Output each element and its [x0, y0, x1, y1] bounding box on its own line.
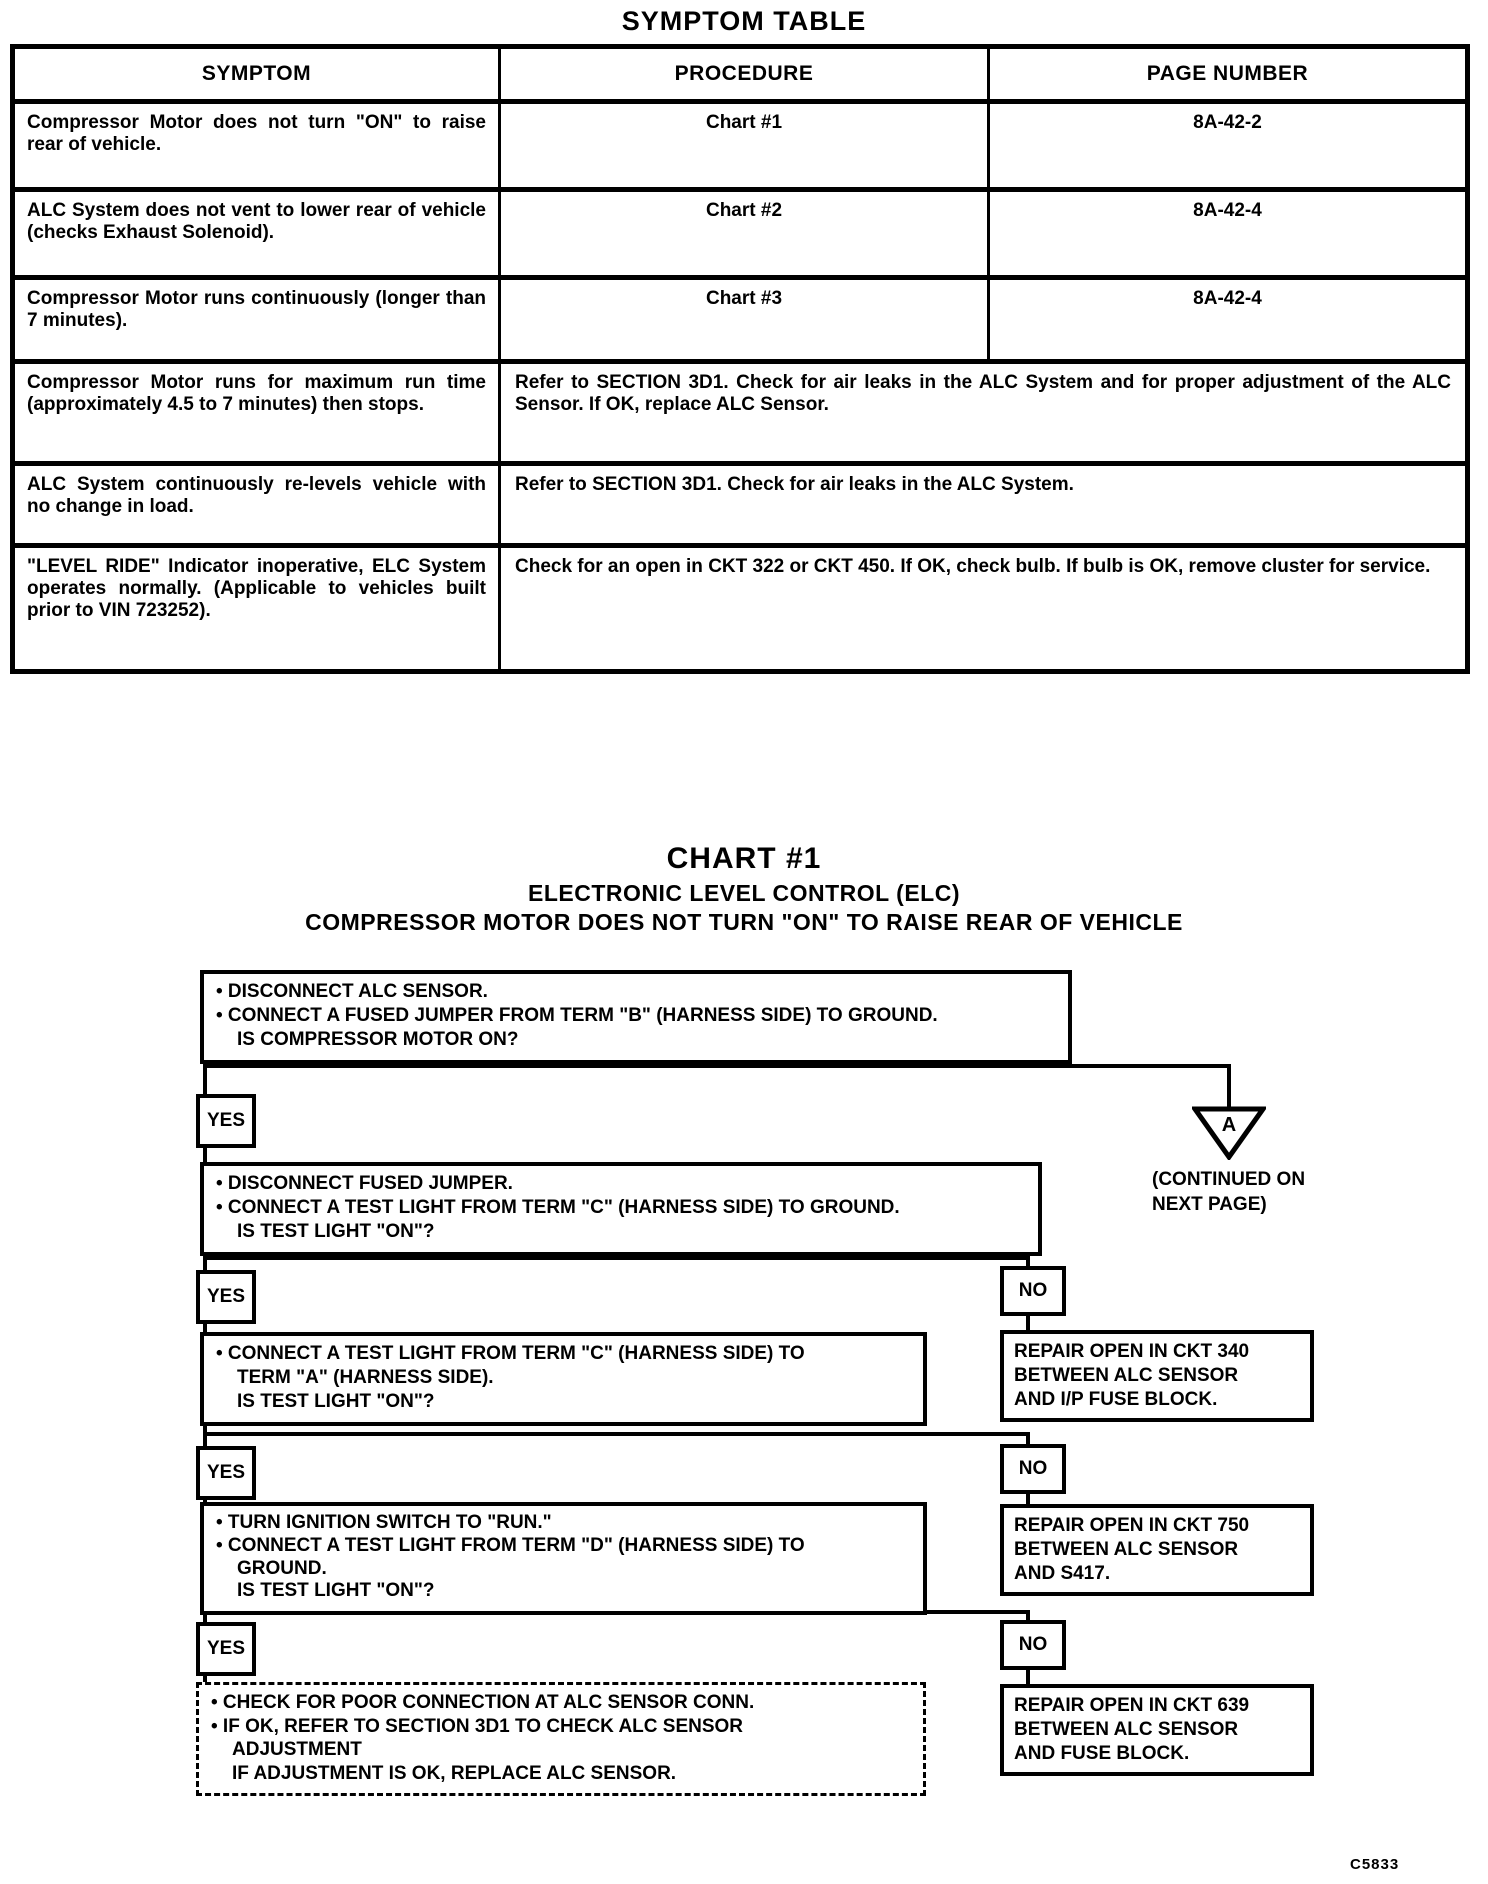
- symptom-cell: ALC System continuously re-levels vehicl…: [13, 464, 500, 546]
- page-number-cell: 8A-42-4: [989, 190, 1468, 278]
- flow-result-line: BETWEEN ALC SENSOR: [1014, 1364, 1300, 1388]
- symptom-cell: Compressor Motor runs continuously (long…: [13, 278, 500, 362]
- flow-step-line: • CHECK FOR POOR CONNECTION AT ALC SENSO…: [211, 1691, 911, 1715]
- flow-result-line: REPAIR OPEN IN CKT 340: [1014, 1340, 1300, 1364]
- yes-branch-label: YES: [196, 1446, 256, 1500]
- symptom-cell: "LEVEL RIDE" Indicator inoperative, ELC …: [13, 546, 500, 672]
- figure-code: C5833: [1350, 1856, 1399, 1873]
- flow-step-question: IS TEST LIGHT "ON"?: [216, 1580, 911, 1603]
- flow-step-line: • IF OK, REFER TO SECTION 3D1 TO CHECK A…: [211, 1715, 911, 1739]
- flow-result-repair-ckt-750: REPAIR OPEN IN CKT 750 BETWEEN ALC SENSO…: [1000, 1504, 1314, 1596]
- flow-step-line: • CONNECT A TEST LIGHT FROM TERM "C" (HA…: [216, 1342, 911, 1366]
- flow-result-repair-ckt-639: REPAIR OPEN IN CKT 639 BETWEEN ALC SENSO…: [1000, 1684, 1314, 1776]
- flow-result-line: REPAIR OPEN IN CKT 639: [1014, 1694, 1300, 1718]
- no-branch-label: NO: [1000, 1266, 1066, 1316]
- procedure-cell: Chart #2: [500, 190, 989, 278]
- connector-line: [203, 1432, 1030, 1436]
- flow-step-line: ADJUSTMENT: [211, 1738, 911, 1762]
- offpage-connector-letter: A: [1222, 1114, 1236, 1136]
- flow-step-line: • TURN IGNITION SWITCH TO "RUN.": [216, 1512, 911, 1535]
- flow-result-line: AND S417.: [1014, 1562, 1300, 1586]
- page-title: SYMPTOM TABLE: [0, 6, 1488, 37]
- procedure-cell: Refer to SECTION 3D1. Check for air leak…: [500, 362, 1468, 464]
- yes-branch-label: YES: [196, 1622, 256, 1676]
- flow-step-question: IS TEST LIGHT "ON"?: [216, 1220, 1026, 1244]
- procedure-cell: Refer to SECTION 3D1. Check for air leak…: [500, 464, 1468, 546]
- connector-line: [203, 1256, 1030, 1260]
- flow-step-line: IF ADJUSTMENT IS OK, REPLACE ALC SENSOR.: [211, 1762, 911, 1786]
- no-branch-label: NO: [1000, 1444, 1066, 1494]
- col-header-procedure: PROCEDURE: [500, 47, 989, 102]
- table-row: "LEVEL RIDE" Indicator inoperative, ELC …: [13, 546, 1468, 672]
- table-row: ALC System continuously re-levels vehicl…: [13, 464, 1468, 546]
- symptom-cell: ALC System does not vent to lower rear o…: [13, 190, 500, 278]
- yes-branch-label: YES: [196, 1094, 256, 1148]
- table-row: Compressor Motor runs for maximum run ti…: [13, 362, 1468, 464]
- connector-line: [203, 1064, 1231, 1068]
- chart-subtitle-symptom: COMPRESSOR MOTOR DOES NOT TURN "ON" TO R…: [0, 908, 1488, 937]
- continued-note-line: (CONTINUED ON: [1152, 1168, 1305, 1193]
- flow-step-line: • DISCONNECT ALC SENSOR.: [216, 980, 1056, 1004]
- flow-step-line: GROUND.: [216, 1558, 911, 1581]
- flow-step-question: IS TEST LIGHT "ON"?: [216, 1390, 911, 1414]
- flow-result-line: BETWEEN ALC SENSOR: [1014, 1538, 1300, 1562]
- flow-step-line: TERM "A" (HARNESS SIDE).: [216, 1366, 911, 1390]
- flow-step-4: • TURN IGNITION SWITCH TO "RUN." • CONNE…: [200, 1502, 927, 1615]
- table-header-row: SYMPTOM PROCEDURE PAGE NUMBER: [13, 47, 1468, 102]
- continued-note-line: NEXT PAGE): [1152, 1193, 1305, 1218]
- continued-note: (CONTINUED ON NEXT PAGE): [1152, 1168, 1305, 1217]
- col-header-symptom: SYMPTOM: [13, 47, 500, 102]
- flow-step-line: • CONNECT A TEST LIGHT FROM TERM "C" (HA…: [216, 1196, 1026, 1220]
- chart-subtitle-elc: ELECTRONIC LEVEL CONTROL (ELC): [0, 879, 1488, 908]
- flow-result-line: BETWEEN ALC SENSOR: [1014, 1718, 1300, 1742]
- chart-title: CHART #1: [0, 842, 1488, 876]
- connector-line: [1227, 1064, 1231, 1108]
- symptom-table: SYMPTOM PROCEDURE PAGE NUMBER Compressor…: [10, 44, 1470, 674]
- table-row: Compressor Motor runs continuously (long…: [13, 278, 1468, 362]
- symptom-cell: Compressor Motor runs for maximum run ti…: [13, 362, 500, 464]
- flow-step-5: • CHECK FOR POOR CONNECTION AT ALC SENSO…: [196, 1682, 926, 1796]
- symptom-cell: Compressor Motor does not turn "ON" to r…: [13, 102, 500, 190]
- chart-heading: CHART #1 ELECTRONIC LEVEL CONTROL (ELC) …: [0, 842, 1488, 938]
- flow-step-line: • DISCONNECT FUSED JUMPER.: [216, 1172, 1026, 1196]
- flow-step-1: • DISCONNECT ALC SENSOR. • CONNECT A FUS…: [200, 970, 1072, 1064]
- flow-result-line: AND I/P FUSE BLOCK.: [1014, 1388, 1300, 1412]
- flow-step-line: • CONNECT A FUSED JUMPER FROM TERM "B" (…: [216, 1004, 1056, 1028]
- col-header-page-number: PAGE NUMBER: [989, 47, 1468, 102]
- table-row: ALC System does not vent to lower rear o…: [13, 190, 1468, 278]
- flow-step-3: • CONNECT A TEST LIGHT FROM TERM "C" (HA…: [200, 1332, 927, 1426]
- flow-result-line: AND FUSE BLOCK.: [1014, 1742, 1300, 1766]
- yes-branch-label: YES: [196, 1270, 256, 1324]
- table-row: Compressor Motor does not turn "ON" to r…: [13, 102, 1468, 190]
- no-branch-label: NO: [1000, 1620, 1066, 1670]
- flow-result-repair-ckt-340: REPAIR OPEN IN CKT 340 BETWEEN ALC SENSO…: [1000, 1330, 1314, 1422]
- flow-step-2: • DISCONNECT FUSED JUMPER. • CONNECT A T…: [200, 1162, 1042, 1256]
- flow-step-question: IS COMPRESSOR MOTOR ON?: [216, 1028, 1056, 1052]
- flow-result-line: REPAIR OPEN IN CKT 750: [1014, 1514, 1300, 1538]
- flow-step-line: • CONNECT A TEST LIGHT FROM TERM "D" (HA…: [216, 1535, 911, 1558]
- manual-page: SYMPTOM TABLE SYMPTOM PROCEDURE PAGE NUM…: [0, 0, 1488, 1884]
- page-number-cell: 8A-42-4: [989, 278, 1468, 362]
- procedure-cell: Check for an open in CKT 322 or CKT 450.…: [500, 546, 1468, 672]
- page-number-cell: 8A-42-2: [989, 102, 1468, 190]
- offpage-connector-triangle: A: [1192, 1106, 1266, 1160]
- procedure-cell: Chart #1: [500, 102, 989, 190]
- procedure-cell: Chart #3: [500, 278, 989, 362]
